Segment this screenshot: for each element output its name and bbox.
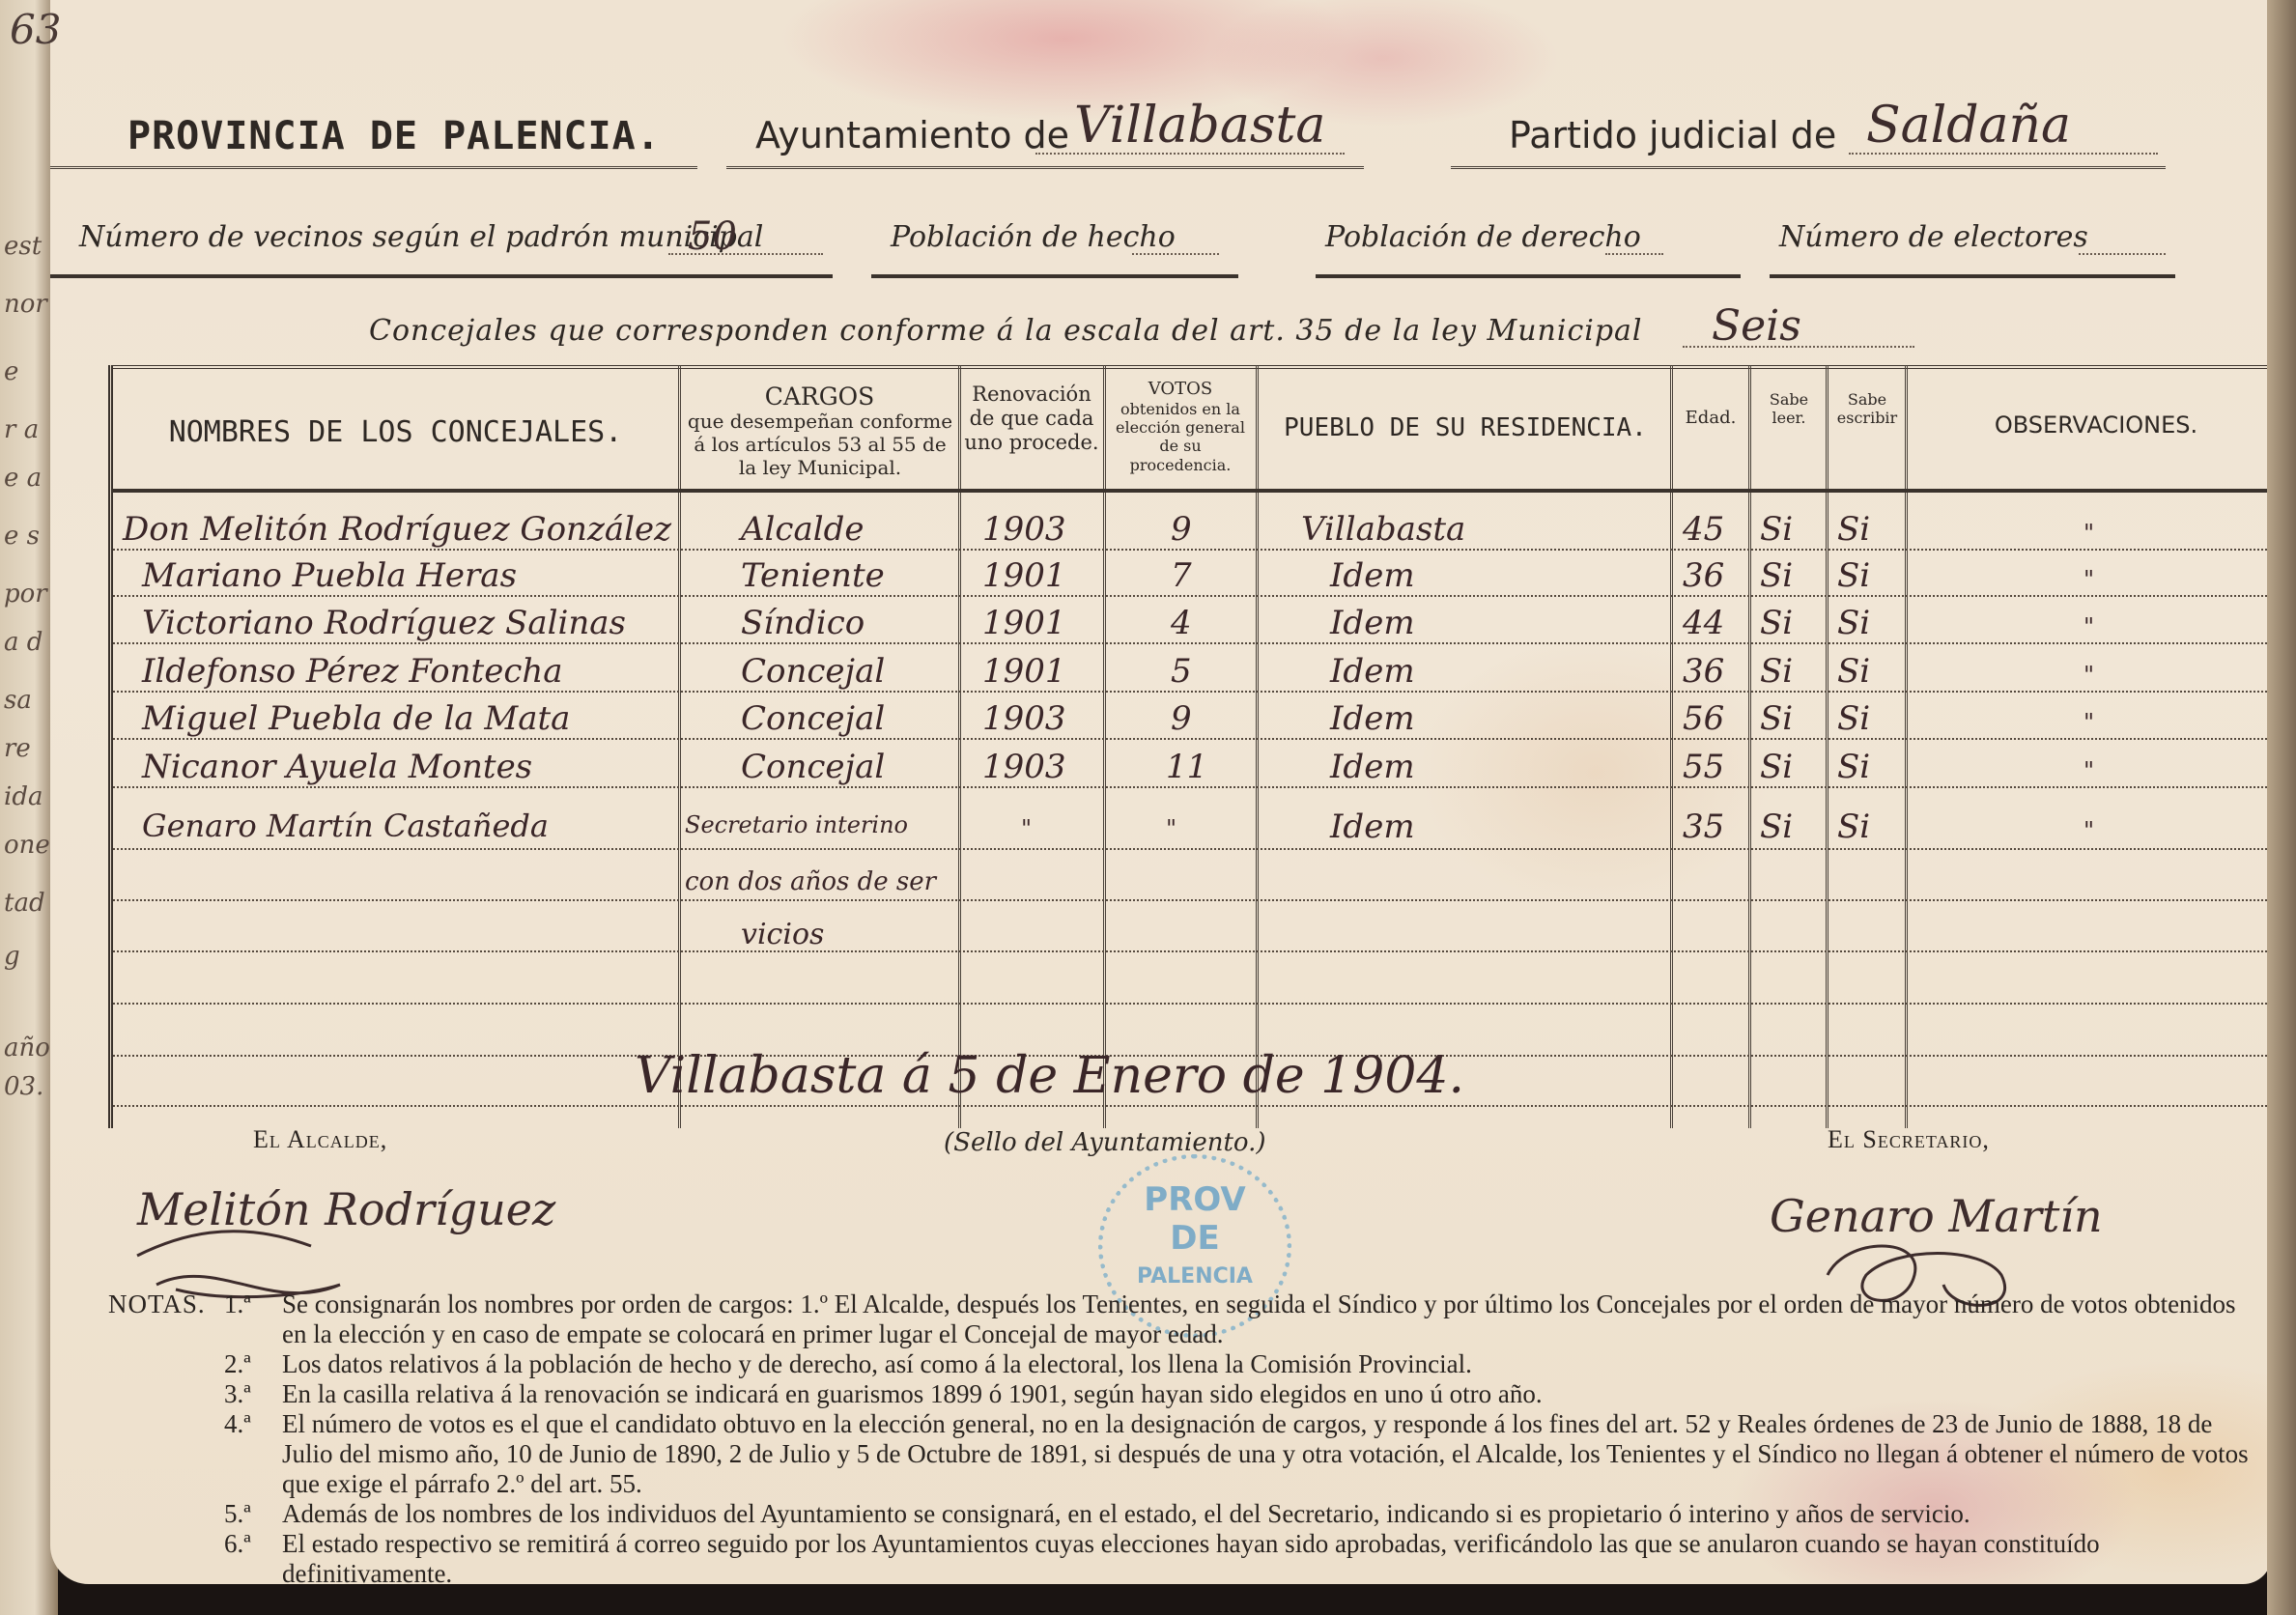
census-rule — [1316, 274, 1741, 278]
left-page-fragment: sa — [4, 686, 32, 715]
stamp-line: DE — [1103, 1219, 1287, 1258]
note-number: 6.ª — [224, 1529, 263, 1559]
cell-renovacion: 1901 — [982, 556, 1066, 595]
cell-renovacion: 1903 — [982, 748, 1066, 786]
cell-edad: 36 — [1683, 652, 1724, 691]
cell-votos: " — [1166, 815, 1176, 842]
note-text: En la casilla relativa á la renovación s… — [234, 1379, 2262, 1409]
concejales-label: Concejales que corresponden conforme á l… — [369, 314, 1643, 348]
note-text: Además de los nombres de los individuos … — [234, 1499, 2262, 1529]
cell-escribir: Si — [1837, 699, 1870, 738]
left-page-fragment: 03. — [4, 1072, 43, 1101]
cell-escribir: Si — [1837, 556, 1870, 595]
cell-observaciones: " — [2083, 662, 2094, 689]
left-page-fragment: g — [4, 942, 20, 971]
cell-votos: 11 — [1166, 748, 1207, 786]
row-rule — [113, 1105, 2286, 1107]
note-item: 6.ª El estado respectivo se remitirá á c… — [108, 1529, 2262, 1589]
cargo-continuation: vicios — [741, 918, 824, 951]
row-rule — [113, 950, 2286, 952]
note-number: 4.ª — [224, 1409, 263, 1439]
cell-votos: 5 — [1171, 652, 1192, 691]
left-page-fragment: e — [4, 357, 18, 386]
cell-observaciones: " — [2083, 817, 2094, 844]
left-page-fragment: nor — [4, 290, 47, 319]
header-observaciones: OBSERVACIONES. — [1908, 411, 2284, 439]
header-cargos-title: CARGOS — [681, 382, 958, 411]
census-rule — [871, 274, 1238, 278]
header-rule — [726, 166, 1364, 173]
alcalde-rubric-icon — [118, 1198, 369, 1304]
partido-label: Partido judicial de — [1509, 114, 1836, 156]
row-rule — [113, 549, 2286, 551]
header-cargos: que desempeñan conforme á los artículos … — [685, 410, 955, 479]
cell-pueblo: Idem — [1330, 556, 1415, 595]
cell-cargo: Alcalde — [741, 510, 865, 549]
left-page-fragment: est — [4, 232, 42, 261]
table-top-rule — [113, 365, 2286, 369]
cell-renovacion: 1901 — [982, 652, 1066, 691]
left-facing-page: est nor e r a e a e s por a d sa re ida … — [0, 0, 58, 1615]
concejales-table: NOMBRES DE LOS CONCEJALES. CARGOS que de… — [108, 365, 2290, 1128]
cell-renovacion: 1903 — [982, 699, 1066, 738]
cell-renovacion: 1903 — [982, 510, 1066, 549]
header-sabe-leer: Sabe leer. — [1752, 390, 1826, 427]
cell-votos: 4 — [1171, 604, 1192, 642]
row-rule — [113, 642, 2286, 644]
header-rule — [50, 166, 697, 173]
header-pueblo: PUEBLO DE SU RESIDENCIA. — [1261, 413, 1670, 443]
cell-nombre: Ildefonso Pérez Fontecha — [142, 652, 563, 691]
note-text: El número de votos es el que el candidat… — [234, 1409, 2262, 1499]
vecinos-label: Número de vecinos según el padrón munici… — [79, 220, 763, 254]
left-page-fragment: e a — [4, 464, 42, 493]
notes-section: NOTAS. 1.ª Se consignarán los nombres po… — [108, 1289, 2262, 1589]
seal-label-text: (Sello del Ayuntamiento.) — [944, 1128, 1266, 1157]
book-right-edge — [2267, 0, 2296, 1615]
vecinos-value: 50 — [688, 214, 737, 259]
place-date: Villabasta á 5 de Enero de 1904. — [635, 1047, 1464, 1105]
electores-field — [2079, 253, 2166, 255]
row-rule — [113, 691, 2286, 693]
row-rule — [113, 848, 2286, 850]
electores-label: Número de electores — [1779, 220, 2088, 254]
cell-leer: Si — [1760, 510, 1793, 549]
note-number: 2.ª — [224, 1349, 263, 1379]
cell-pueblo: Idem — [1330, 652, 1415, 691]
column-divider — [1256, 365, 1259, 1128]
poblacion-derecho-label: Población de derecho — [1325, 220, 1641, 254]
note-item: 3.ª En la casilla relativa á la renovaci… — [108, 1379, 2262, 1409]
cell-observaciones: " — [2083, 566, 2094, 593]
header-bottom-rule — [113, 489, 2286, 493]
note-number: 5.ª — [224, 1499, 263, 1529]
row-rule — [113, 738, 2286, 740]
cell-renovacion: 1901 — [982, 604, 1066, 642]
note-item: 4.ª El número de votos es el que el cand… — [108, 1409, 2262, 1499]
cell-escribir: Si — [1837, 748, 1870, 786]
cell-edad: 44 — [1683, 604, 1724, 642]
cell-edad: 36 — [1683, 556, 1724, 595]
cell-nombre: Genaro Martín Castañeda — [142, 807, 549, 844]
left-page-fragment: por — [4, 580, 47, 609]
partido-value: Saldaña — [1866, 97, 2071, 155]
cell-escribir: Si — [1837, 604, 1870, 642]
ayuntamiento-value: Villabasta — [1074, 97, 1325, 155]
cell-pueblo: Idem — [1330, 604, 1415, 642]
note-number: 1.ª — [224, 1289, 263, 1319]
row-rule — [113, 595, 2286, 597]
cell-edad: 55 — [1683, 748, 1724, 786]
cell-nombre: Don Melitón Rodríguez González — [123, 510, 671, 549]
cell-nombre: Victoriano Rodríguez Salinas — [142, 604, 626, 642]
cell-renovacion: " — [1021, 815, 1032, 842]
cell-edad: 45 — [1683, 510, 1724, 549]
cell-cargo: Teniente — [741, 556, 885, 595]
cell-escribir: Si — [1837, 652, 1870, 691]
document-page: PROVINCIA DE PALENCIA. Ayuntamiento de V… — [50, 0, 2272, 1584]
cell-votos: 9 — [1171, 699, 1192, 738]
note-item: 5.ª Además de los nombres de los individ… — [108, 1499, 2262, 1529]
left-page-fragment: tad — [4, 889, 45, 918]
cell-votos: 7 — [1171, 556, 1192, 595]
header-rule — [1451, 166, 2166, 173]
cell-nombre: Nicanor Ayuela Montes — [142, 748, 532, 786]
cell-cargo: Síndico — [741, 604, 865, 642]
cell-leer: Si — [1760, 699, 1793, 738]
column-divider — [1103, 365, 1106, 1128]
census-rule — [50, 274, 833, 278]
cell-nombre: Mariano Puebla Heras — [142, 556, 517, 595]
header-votos-title: VOTOS — [1108, 379, 1253, 400]
column-divider — [1670, 365, 1673, 1128]
stamp-line: PROV — [1103, 1180, 1287, 1219]
cell-pueblo: Idem — [1330, 807, 1415, 846]
secretario-label: El Secretario, — [1828, 1125, 1990, 1154]
cell-cargo: Secretario interino — [685, 811, 908, 838]
concejales-value: Seis — [1712, 301, 1801, 351]
census-rule — [1770, 274, 2175, 278]
poblacion-hecho-label: Población de hecho — [891, 220, 1176, 254]
cell-edad: 56 — [1683, 699, 1724, 738]
cell-observaciones: " — [2083, 613, 2094, 640]
left-page-fragment: r a — [4, 415, 39, 444]
alcalde-label: El Alcalde, — [253, 1125, 387, 1154]
header-votos: obtenidos en la elección general de su p… — [1108, 400, 1253, 474]
cargo-continuation: con dos años de ser — [685, 867, 936, 896]
seal-label: (Sello del Ayuntamiento.) — [944, 1128, 1266, 1157]
header-edad: Edad. — [1673, 408, 1748, 429]
cell-leer: Si — [1760, 604, 1793, 642]
cell-cargo: Concejal — [741, 652, 885, 691]
cell-edad: 35 — [1683, 807, 1724, 846]
cell-observaciones: " — [2083, 709, 2094, 736]
row-rule — [113, 786, 2286, 788]
note-item: 2.ª Los datos relativos á la población d… — [108, 1349, 2262, 1379]
cell-leer: Si — [1760, 652, 1793, 691]
cell-cargo: Concejal — [741, 699, 885, 738]
cell-cargo: Concejal — [741, 748, 885, 786]
note-text: Los datos relativos á la población de he… — [234, 1349, 2262, 1379]
cell-pueblo: Idem — [1330, 699, 1415, 738]
cell-leer: Si — [1760, 556, 1793, 595]
cell-pueblo: Idem — [1330, 748, 1415, 786]
header-nombres: NOMBRES DE LOS CONCEJALES. — [113, 415, 678, 450]
poblacion-derecho-field — [1605, 253, 1663, 255]
header-renovacion: Renovación de que cada uno procede. — [963, 382, 1100, 456]
cell-observaciones: " — [2083, 520, 2094, 547]
cell-pueblo: Villabasta — [1301, 510, 1465, 549]
column-divider — [1748, 365, 1751, 1128]
left-page-fragment: a d — [4, 628, 43, 657]
poblacion-hecho-field — [1132, 253, 1219, 255]
province-title: PROVINCIA DE PALENCIA. — [128, 114, 661, 158]
row-rule — [113, 1003, 2286, 1005]
folio-number: 63 — [10, 6, 61, 53]
ayuntamiento-label: Ayuntamiento de — [755, 114, 1069, 156]
left-page-fragment: ida — [4, 782, 43, 811]
cell-escribir: Si — [1837, 510, 1870, 549]
note-text: Se consignarán los nombres por orden de … — [234, 1289, 2262, 1349]
note-text: El estado respectivo se remitirá á corre… — [234, 1529, 2262, 1589]
row-rule — [113, 899, 2286, 901]
cell-votos: 9 — [1171, 510, 1192, 549]
column-divider — [678, 365, 681, 1128]
cell-leer: Si — [1760, 807, 1793, 846]
note-number: 3.ª — [224, 1379, 263, 1409]
header-sabe-escribir: Sabe escribir — [1829, 390, 1905, 427]
cell-escribir: Si — [1837, 807, 1870, 846]
column-divider — [1905, 365, 1908, 1128]
cell-leer: Si — [1760, 748, 1793, 786]
cell-observaciones: " — [2083, 757, 2094, 784]
note-item: 1.ª Se consignarán los nombres por orden… — [108, 1289, 2262, 1349]
left-page-fragment: re — [4, 734, 31, 763]
cell-nombre: Miguel Puebla de la Mata — [142, 699, 570, 738]
column-divider — [1826, 365, 1828, 1128]
left-page-fragment: e s — [4, 522, 40, 551]
column-divider — [958, 365, 961, 1128]
